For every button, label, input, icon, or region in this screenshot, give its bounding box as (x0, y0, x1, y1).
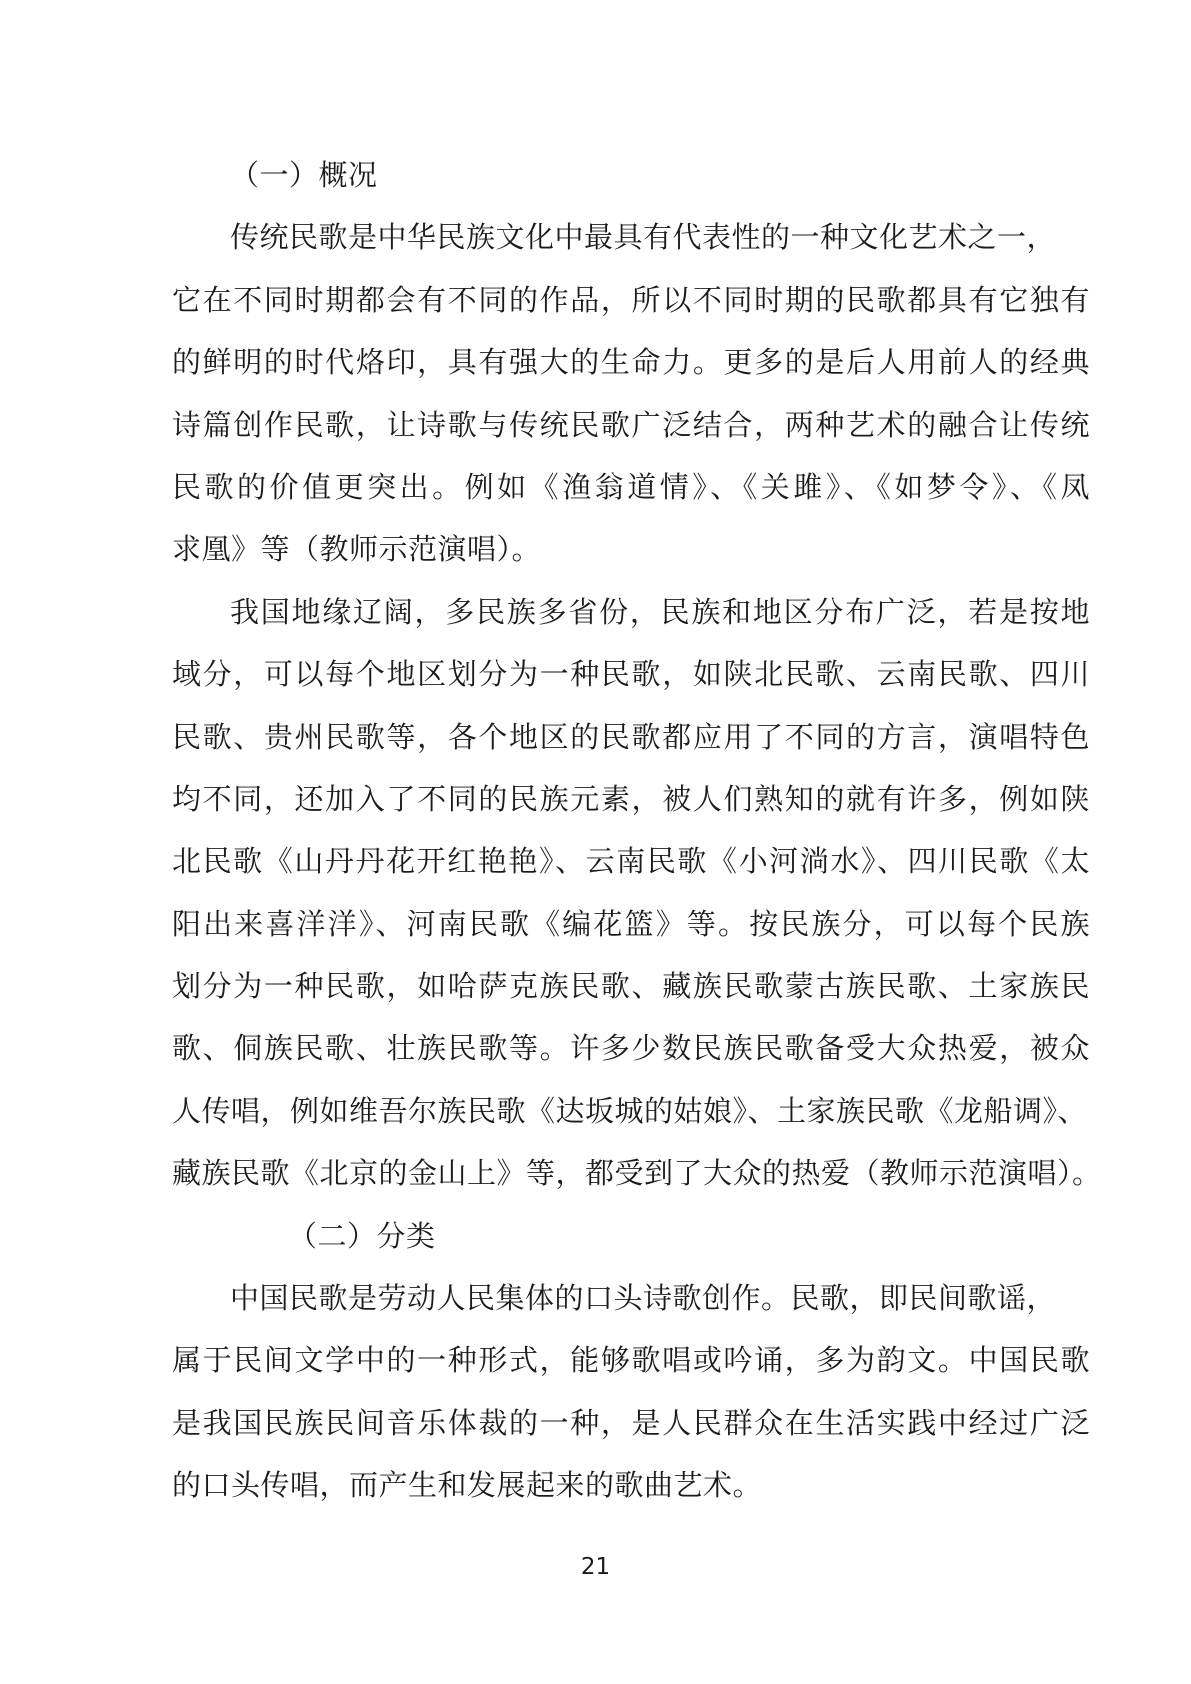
text-line: 民歌的价值更突出。例如《渔翁道情》、《关雎》、《如梦令》、《凤 (172, 456, 1090, 518)
section-1-heading: （一）概况 (172, 144, 1090, 206)
text-line: 的鲜明的时代烙印，具有强大的生命力。更多的是后人用前人的经典 (172, 331, 1090, 393)
text-line: 中国民歌是劳动人民集体的口头诗歌创作。民歌，即民间歌谣， (172, 1267, 1090, 1329)
text-line: 域分，可以每个地区划分为一种民歌，如陕北民歌、云南民歌、四川 (172, 643, 1090, 705)
text-line: 诗篇创作民歌，让诗歌与传统民歌广泛结合，两种艺术的融合让传统 (172, 394, 1090, 456)
document-page: （一）概况 传统民歌是中华民族文化中最具有代表性的一种文化艺术之一， 它在不同时… (0, 0, 1191, 1684)
section-overview: （一）概况 传统民歌是中华民族文化中最具有代表性的一种文化艺术之一， 它在不同时… (172, 144, 1090, 1205)
page-number: 21 (0, 1553, 1191, 1581)
paragraph: 我国地缘辽阔，多民族多省份，民族和地区分布广泛，若是按地 域分，可以每个地区划分… (172, 581, 1090, 1205)
text-line: 划分为一种民歌，如哈萨克族民歌、藏族民歌蒙古族民歌、土家族民 (172, 955, 1090, 1017)
text-line: 的口头传唱，而产生和发展起来的歌曲艺术。 (172, 1454, 1090, 1516)
paragraph: 传统民歌是中华民族文化中最具有代表性的一种文化艺术之一， 它在不同时期都会有不同… (172, 206, 1090, 580)
text-line: 是我国民族民间音乐体裁的一种，是人民群众在生活实践中经过广泛 (172, 1392, 1090, 1454)
text-line: 民歌、贵州民歌等，各个地区的民歌都应用了不同的方言，演唱特色 (172, 706, 1090, 768)
text-line: 我国地缘辽阔，多民族多省份，民族和地区分布广泛，若是按地 (172, 581, 1090, 643)
text-line: 北民歌《山丹丹花开红艳艳》、云南民歌《小河淌水》、四川民歌《太 (172, 830, 1090, 892)
text-line: 均不同，还加入了不同的民族元素，被人们熟知的就有许多，例如陕 (172, 768, 1090, 830)
paragraph: 中国民歌是劳动人民集体的口头诗歌创作。民歌，即民间歌谣， 属于民间文学中的一种形… (172, 1267, 1090, 1517)
text-line: 传统民歌是中华民族文化中最具有代表性的一种文化艺术之一， (172, 206, 1090, 268)
text-line: 人传唱，例如维吾尔族民歌《达坂城的姑娘》、土家族民歌《龙船调》、 (172, 1080, 1090, 1142)
text-line: 阳出来喜洋洋》、河南民歌《编花篮》等。按民族分，可以每个民族 (172, 893, 1090, 955)
document-content: （一）概况 传统民歌是中华民族文化中最具有代表性的一种文化艺术之一， 它在不同时… (172, 144, 1090, 1517)
text-line: 歌、侗族民歌、壮族民歌等。许多少数民族民歌备受大众热爱，被众 (172, 1017, 1090, 1079)
text-line: 属于民间文学中的一种形式，能够歌唱或吟诵，多为韵文。中国民歌 (172, 1329, 1090, 1391)
section-classification: （二）分类 中国民歌是劳动人民集体的口头诗歌创作。民歌，即民间歌谣， 属于民间文… (172, 1205, 1090, 1517)
text-line: 藏族民歌《北京的金山上》等，都受到了大众的热爱（教师示范演唱）。 (172, 1142, 1090, 1204)
section-2-heading: （二）分类 (172, 1205, 1090, 1267)
text-line: 它在不同时期都会有不同的作品，所以不同时期的民歌都具有它独有 (172, 269, 1090, 331)
text-line: 求凰》等（教师示范演唱）。 (172, 518, 1090, 580)
